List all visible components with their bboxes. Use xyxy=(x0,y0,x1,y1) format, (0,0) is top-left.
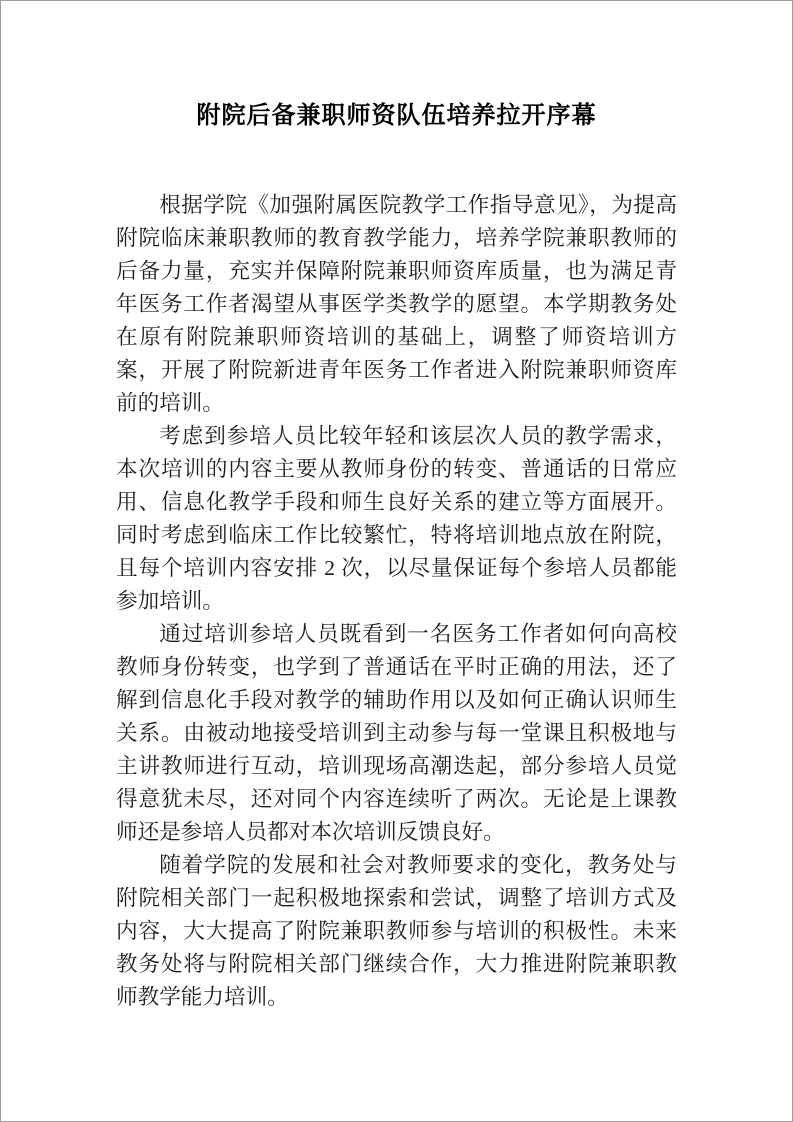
paragraph-2: 考虑到参培人员比较年轻和该层次人员的教学需求，本次培训的内容主要从教师身份的转变… xyxy=(116,420,677,618)
paragraph-4: 随着学院的发展和社会对教师要求的变化，教务处与附院相关部门一起积极地探索和尝试，… xyxy=(116,849,677,1014)
paragraph-1: 根据学院《加强附属医院教学工作指导意见》，为提高附院临床兼职教师的教育教学能力，… xyxy=(116,189,677,420)
document-body: 根据学院《加强附属医院教学工作指导意见》，为提高附院临床兼职教师的教育教学能力，… xyxy=(1,189,792,1014)
document-page: 附院后备兼职师资队伍培养拉开序幕 根据学院《加强附属医院教学工作指导意见》，为提… xyxy=(0,0,793,1122)
document-title: 附院后备兼职师资队伍培养拉开序幕 xyxy=(1,1,792,133)
paragraph-3: 通过培训参培人员既看到一名医务工作者如何向高校教师身份转变，也学到了普通话在平时… xyxy=(116,618,677,849)
